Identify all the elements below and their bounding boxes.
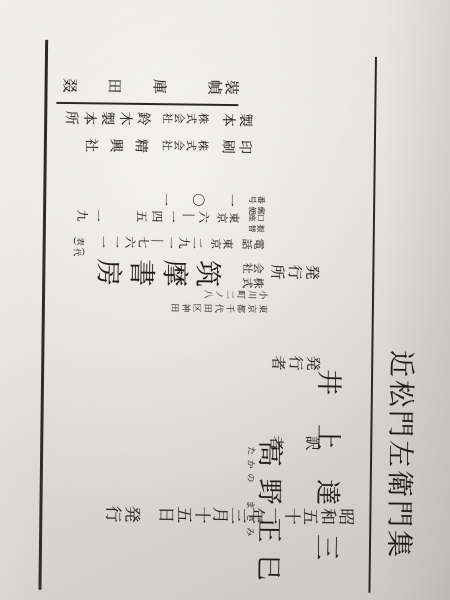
transfer-number-tail: 一九 [73,208,104,221]
telephone-label: 電話 [241,236,265,248]
publisher-person-label: 発行者 [269,353,322,369]
binder-label: 製本 [219,110,253,125]
translator-furigana: たかの まさみ [244,446,258,541]
book-page-photo: 近松門左衛門集 昭和五十一年三月十五日 発行 訳者 高野正巳 たかの まさみ 発… [0,0,450,600]
binder-name: 鈴木製本所 [61,108,151,124]
book-design-label: 裝幀 [206,77,240,93]
corporation-type-line2: 会社 [242,259,264,274]
telephone-number: 二九一―七六一一 [96,235,204,249]
postal-code-column: 郵便 番号 一〇一 [139,189,265,215]
printer-name: 精興社 [74,135,149,151]
postal-code-label: 郵便 番号 [248,193,265,215]
address-line1: 東京都千代田区神田 [169,299,268,314]
colophon-page: 近松門左衛門集 昭和五十一年三月十五日 発行 訳者 高野正巳 たかの まさみ 発… [0,0,450,600]
postal-code-number: 一〇一 [139,191,238,206]
binder-corp: 株式会社 [161,110,209,122]
printer-column: 印刷 株式会社 精興社 [74,134,253,153]
title-rule [368,57,377,593]
publishing-house-name: 筑摩書房 [90,255,222,285]
publisher-address: 東京都千代田区神田 小川町二ノ八 [169,285,268,314]
telephone-note: (代 表) [73,235,85,257]
publishing-house-label: 発行所 [268,262,321,278]
book-design-column: 裝幀 庫田叕 [33,75,240,94]
telephone-column: 電話 東京 二九一―七六一一 (代 表) [73,232,265,259]
corporation-type: 株式 会社 [242,259,264,289]
telephone-city: 東京 [210,236,234,248]
binder-column: 製本 株式会社 鈴木製本所 [61,107,253,126]
published-word: 発行 [103,503,141,521]
printer-label: 印刷 [219,137,253,152]
book-title: 近松門左衛門集 [382,350,424,560]
design-separator-rule [56,102,238,106]
book-designer-name: 庫田叕 [33,75,168,92]
printer-corp: 株式会社 [161,137,209,149]
address-line2: 小川町二ノ八 [169,285,268,300]
publisher-person-name: 井上達三 [309,369,349,589]
bottom-rule [39,40,48,590]
